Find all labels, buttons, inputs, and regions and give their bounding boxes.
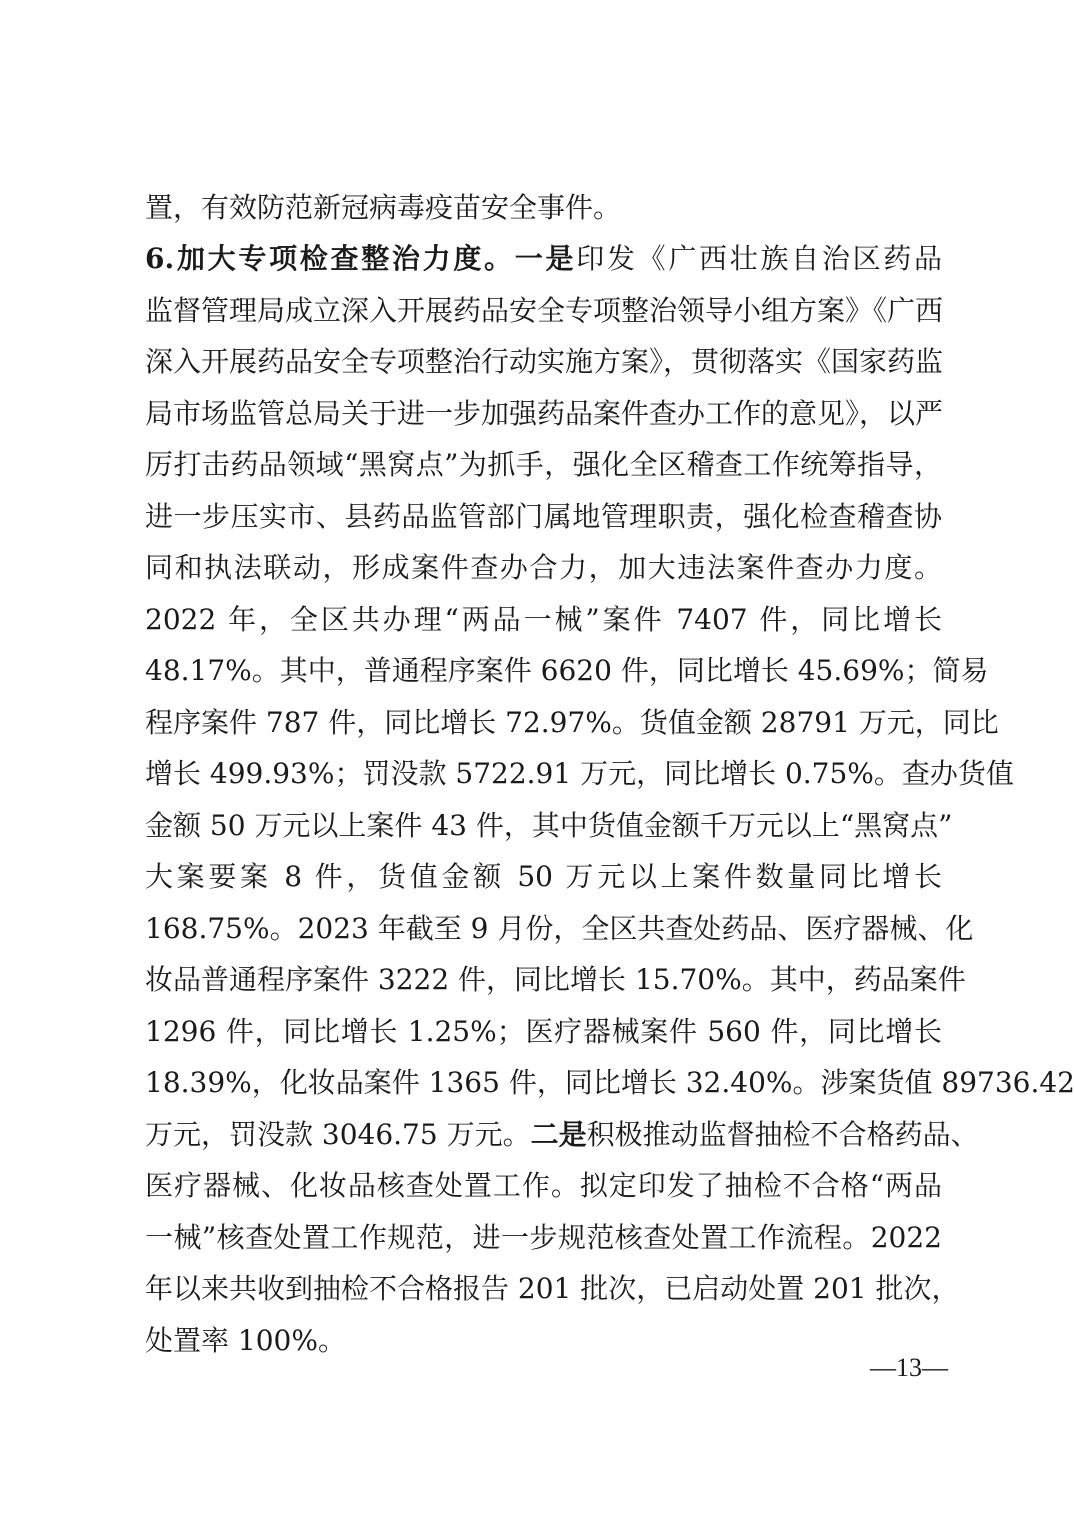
line-text: 金额 50 万元以上案件 43 件，其中货值金额千万元以上“黑窝点” — [145, 809, 953, 842]
line-text: 1296 件，同比增长 1.25%；医疗器械案件 560 件，同比增长 — [145, 1015, 942, 1048]
line-text: 2022 年，全区共办理“两品一械”案件 7407 件，同比增长 — [145, 603, 942, 636]
section-heading: 6.加大专项检查整治力度。一是 — [145, 242, 576, 275]
line-text: 处置率 100%。 — [145, 1324, 346, 1357]
line-text: 168.75%。2023 年截至 9 月份，全区共查处药品、医疗器械、化 — [145, 912, 973, 945]
line-text: 印发《广西壮族自治区药品 — [576, 242, 942, 275]
text-line: 监督管理局成立深入开展药品安全专项整治领导小组方案》《广西 — [145, 291, 942, 331]
text-line: 深入开展药品安全专项整治行动实施方案》，贯彻落实《国家药监 — [145, 342, 942, 382]
line-text: 置，有效防范新冠病毒疫苗安全事件。 — [145, 191, 621, 224]
text-line: 18.39%，化妆品案件 1365 件，同比增长 32.40%。涉案货值 897… — [145, 1063, 942, 1103]
line-text: 妆品普通程序案件 3222 件，同比增长 15.70%。其中，药品案件 — [145, 963, 966, 996]
line-text: 局市场监管总局关于进一步加强药品案件查办工作的意见》，以严 — [145, 397, 943, 430]
text-line: 置，有效防范新冠病毒疫苗安全事件。 — [145, 188, 942, 228]
text-line: 妆品普通程序案件 3222 件，同比增长 15.70%。其中，药品案件 — [145, 960, 942, 1000]
text-line: 万元，罚没款 3046.75 万元。二是积极推动监督抽检不合格药品、 — [145, 1115, 942, 1155]
text-line: 金额 50 万元以上案件 43 件，其中货值金额千万元以上“黑窝点” — [145, 806, 942, 846]
text-line: 进一步压实市、县药品监管部门属地管理职责，强化检查稽查协 — [145, 497, 942, 537]
line-text: 程序案件 787 件，同比增长 72.97%。货值金额 28791 万元，同比 — [145, 706, 999, 739]
text-line: 1296 件，同比增长 1.25%；医疗器械案件 560 件，同比增长 — [145, 1012, 942, 1052]
line-text: 医疗器械、化妆品核查处置工作。拟定印发了抽检不合格“两品 — [145, 1169, 942, 1202]
line-text: 18.39%，化妆品案件 1365 件，同比增长 32.40%。涉案货值 897… — [145, 1066, 1074, 1099]
line-text: 深入开展药品安全专项整治行动实施方案》，贯彻落实《国家药监 — [145, 345, 943, 378]
document-page: 置，有效防范新冠病毒疫苗安全事件。 6.加大专项检查整治力度。一是印发《广西壮族… — [0, 0, 1074, 1520]
text-line: 168.75%。2023 年截至 9 月份，全区共查处药品、医疗器械、化 — [145, 909, 942, 949]
text-line: 程序案件 787 件，同比增长 72.97%。货值金额 28791 万元，同比 — [145, 703, 942, 743]
text-line: 2022 年，全区共办理“两品一械”案件 7407 件，同比增长 — [145, 600, 942, 640]
line-text: 监督管理局成立深入开展药品安全专项整治领导小组方案》《广西 — [145, 294, 943, 327]
line-text: 年以来共收到抽检不合格报告 201 批次，已启动处置 201 批次， — [145, 1272, 960, 1305]
line-text: 进一步压实市、县药品监管部门属地管理职责，强化检查稽查协 — [145, 500, 942, 533]
text-line: 同和执法联动，形成案件查办合力，加大违法案件查办力度。 — [145, 548, 942, 588]
line-text: 增长 499.93%；罚没款 5722.91 万元，同比增长 0.75%。查办货… — [145, 757, 1014, 790]
text-line: 年以来共收到抽检不合格报告 201 批次，已启动处置 201 批次， — [145, 1269, 942, 1309]
text-line: 处置率 100%。 — [145, 1321, 942, 1361]
text-line: 局市场监管总局关于进一步加强药品案件查办工作的意见》，以严 — [145, 394, 942, 434]
text-line: 48.17%。其中，普通程序案件 6620 件，同比增长 45.69%；简易 — [145, 651, 942, 691]
text-line: 一械”核查处置工作规范，进一步规范核查处置工作流程。2022 — [145, 1218, 942, 1258]
subsection-marker: 二是 — [531, 1118, 587, 1151]
text-line: 大案要案 8 件，货值金额 50 万元以上案件数量同比增长 — [145, 857, 942, 897]
text-line: 增长 499.93%；罚没款 5722.91 万元，同比增长 0.75%。查办货… — [145, 754, 942, 794]
line-text: 积极推动监督抽检不合格药品、 — [587, 1118, 979, 1151]
line-text: 大案要案 8 件，货值金额 50 万元以上案件数量同比增长 — [145, 860, 942, 893]
line-text: 厉打击药品领域“黑窝点”为抓手，强化全区稽查工作统筹指导， — [145, 448, 942, 481]
line-text: 48.17%。其中，普通程序案件 6620 件，同比增长 45.69%；简易 — [145, 654, 989, 687]
line-text: 一械”核查处置工作规范，进一步规范核查处置工作流程。2022 — [145, 1221, 942, 1254]
line-text: 同和执法联动，形成案件查办合力，加大违法案件查办力度。 — [145, 551, 942, 584]
page-number: —13— — [870, 1352, 948, 1384]
text-line: 医疗器械、化妆品核查处置工作。拟定印发了抽检不合格“两品 — [145, 1166, 942, 1206]
section-heading-line: 6.加大专项检查整治力度。一是印发《广西壮族自治区药品 — [145, 239, 942, 279]
text-line: 厉打击药品领域“黑窝点”为抓手，强化全区稽查工作统筹指导， — [145, 445, 942, 485]
line-text: 万元，罚没款 3046.75 万元。 — [145, 1118, 531, 1151]
